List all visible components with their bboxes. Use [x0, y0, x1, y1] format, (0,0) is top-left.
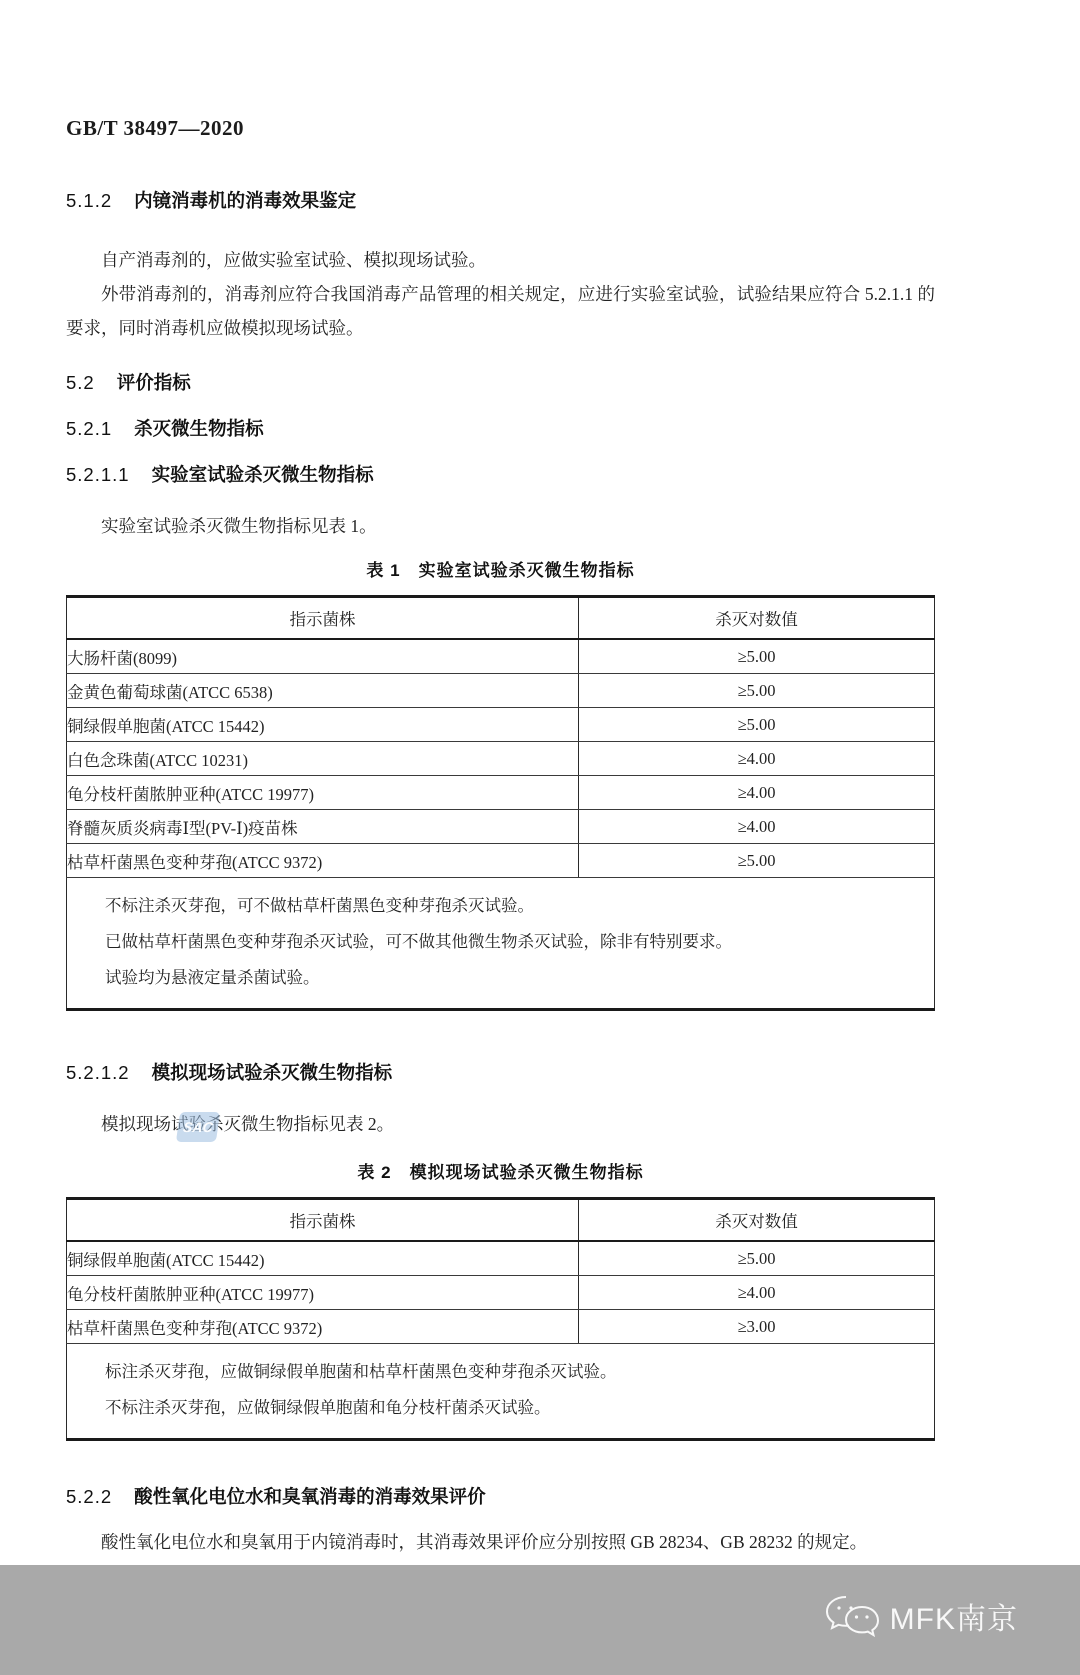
brand-watermark-text: MFK南京 — [890, 1594, 1018, 1638]
table-row: 枯草杆菌黑色变种芽孢(ATCC 9372)≥3.00 — [67, 1310, 935, 1344]
table-row: 白色念珠菌(ATCC 10231)≥4.00 — [67, 742, 935, 776]
logvalue-cell: ≥4.00 — [579, 1276, 935, 1310]
section-heading-5-2-1: 5.2.1杀灭微生物指标 — [66, 417, 935, 441]
strain-cell: 白色念珠菌(ATCC 10231) — [67, 742, 579, 776]
table1-body: 大肠杆菌(8099)≥5.00金黄色葡萄球菌(ATCC 6538)≥5.00铜绿… — [67, 639, 935, 878]
table-header-row: 指示菌株 杀灭对数值 — [67, 1199, 935, 1242]
column-header-strain: 指示菌株 — [67, 1199, 579, 1242]
strain-cell: 龟分枝杆菌脓肿亚种(ATCC 19977) — [67, 1276, 579, 1310]
clause-number: 5.2.1 — [66, 418, 112, 439]
table2: 指示菌株 杀灭对数值 铜绿假单胞菌(ATCC 15442)≥5.00龟分枝杆菌脓… — [66, 1197, 935, 1441]
clause-title: 实验室试验杀灭微生物指标 — [152, 464, 374, 485]
sac-watermark: SAC — [176, 1112, 220, 1142]
clause-number: 5.2.1.2 — [66, 1062, 130, 1083]
column-header-logvalue: 杀灭对数值 — [579, 1199, 935, 1242]
table-row: 脊髓灰质炎病毒Ⅰ型(PV-Ⅰ)疫苗株≥4.00 — [67, 810, 935, 844]
strain-cell: 铜绿假单胞菌(ATCC 15442) — [67, 1241, 579, 1276]
section-heading-5-2: 5.2评价指标 — [66, 371, 935, 395]
clause-title: 模拟现场试验杀灭微生物指标 — [152, 1062, 393, 1083]
bottom-gray-band: MFK南京 — [0, 1565, 1080, 1675]
table-row: 金黄色葡萄球菌(ATCC 6538)≥5.00 — [67, 674, 935, 708]
table-note-line: 已做枯草杆菌黑色变种芽孢杀灭试验，可不做其他微生物杀灭试验，除非有特别要求。 — [105, 924, 934, 960]
strain-cell: 枯草杆菌黑色变种芽孢(ATCC 9372) — [67, 1310, 579, 1344]
logvalue-cell: ≥4.00 — [579, 810, 935, 844]
clause-title: 内镜消毒机的消毒效果鉴定 — [134, 190, 356, 211]
section-heading-5-2-1-2: 5.2.1.2模拟现场试验杀灭微生物指标 — [66, 1061, 935, 1085]
table-notes-row: 不标注杀灭芽孢，可不做枯草杆菌黑色变种芽孢杀灭试验。已做枯草杆菌黑色变种芽孢杀灭… — [67, 878, 935, 1010]
logvalue-cell: ≥5.00 — [579, 674, 935, 708]
table-notes-cell: 不标注杀灭芽孢，可不做枯草杆菌黑色变种芽孢杀灭试验。已做枯草杆菌黑色变种芽孢杀灭… — [67, 878, 935, 1010]
clause-title: 杀灭微生物指标 — [134, 418, 264, 439]
table-row: 龟分枝杆菌脓肿亚种(ATCC 19977)≥4.00 — [67, 1276, 935, 1310]
table-note-line: 标注杀灭芽孢，应做铜绿假单胞菌和枯草杆菌黑色变种芽孢杀灭试验。 — [105, 1354, 934, 1390]
logvalue-cell: ≥5.00 — [579, 844, 935, 878]
strain-cell: 脊髓灰质炎病毒Ⅰ型(PV-Ⅰ)疫苗株 — [67, 810, 579, 844]
strain-cell: 金黄色葡萄球菌(ATCC 6538) — [67, 674, 579, 708]
paragraph: 自产消毒剂的，应做实验室试验、模拟现场试验。 — [66, 243, 935, 277]
strain-cell: 龟分枝杆菌脓肿亚种(ATCC 19977) — [67, 776, 579, 810]
table-note-line: 不标注杀灭芽孢，可不做枯草杆菌黑色变种芽孢杀灭试验。 — [105, 888, 934, 924]
table1: 指示菌株 杀灭对数值 大肠杆菌(8099)≥5.00金黄色葡萄球菌(ATCC 6… — [66, 595, 935, 1011]
table-row: 铜绿假单胞菌(ATCC 15442)≥5.00 — [67, 708, 935, 742]
table1-notes: 不标注杀灭芽孢，可不做枯草杆菌黑色变种芽孢杀灭试验。已做枯草杆菌黑色变种芽孢杀灭… — [67, 878, 935, 1010]
wechat-logo-icon — [824, 1593, 880, 1639]
clause-number: 5.2.2 — [66, 1486, 112, 1507]
table-header-row: 指示菌株 杀灭对数值 — [67, 597, 935, 640]
logvalue-cell: ≥4.00 — [579, 776, 935, 810]
strain-cell: 铜绿假单胞菌(ATCC 15442) — [67, 708, 579, 742]
table1-header: 指示菌株 杀灭对数值 — [67, 597, 935, 640]
logvalue-cell: ≥5.00 — [579, 1241, 935, 1276]
paragraph: 外带消毒剂的，消毒剂应符合我国消毒产品管理的相关规定，应进行实验室试验，试验结果… — [66, 277, 935, 345]
logvalue-cell: ≥3.00 — [579, 1310, 935, 1344]
document-page: GB/T 38497—2020 5.1.2内镜消毒机的消毒效果鉴定 自产消毒剂的… — [0, 0, 1080, 1591]
section-heading-5-2-2: 5.2.2酸性氧化电位水和臭氧消毒的消毒效果评价 — [66, 1485, 935, 1509]
table1-caption: 表 1 实验室试验杀灭微生物指标 — [66, 559, 935, 583]
logvalue-cell: ≥4.00 — [579, 742, 935, 776]
table2-header: 指示菌株 杀灭对数值 — [67, 1199, 935, 1242]
strain-cell: 枯草杆菌黑色变种芽孢(ATCC 9372) — [67, 844, 579, 878]
logvalue-cell: ≥5.00 — [579, 708, 935, 742]
column-header-strain: 指示菌株 — [67, 597, 579, 640]
table-row: 龟分枝杆菌脓肿亚种(ATCC 19977)≥4.00 — [67, 776, 935, 810]
table-notes-row: 标注杀灭芽孢，应做铜绿假单胞菌和枯草杆菌黑色变种芽孢杀灭试验。不标注杀灭芽孢，应… — [67, 1344, 935, 1440]
table-row: 铜绿假单胞菌(ATCC 15442)≥5.00 — [67, 1241, 935, 1276]
column-header-logvalue: 杀灭对数值 — [579, 597, 935, 640]
clause-title: 酸性氧化电位水和臭氧消毒的消毒效果评价 — [134, 1486, 486, 1507]
logvalue-cell: ≥5.00 — [579, 639, 935, 674]
clause-number: 5.1.2 — [66, 190, 112, 211]
section-heading-5-1-2: 5.1.2内镜消毒机的消毒效果鉴定 — [66, 189, 935, 213]
paragraph: 酸性氧化电位水和臭氧用于内镜消毒时，其消毒效果评价应分别按照 GB 28234、… — [66, 1525, 935, 1559]
table-note-line: 不标注杀灭芽孢，应做铜绿假单胞菌和龟分枝杆菌杀灭试验。 — [105, 1390, 934, 1426]
table2-notes: 标注杀灭芽孢，应做铜绿假单胞菌和枯草杆菌黑色变种芽孢杀灭试验。不标注杀灭芽孢，应… — [67, 1344, 935, 1440]
section-heading-5-2-1-1: 5.2.1.1实验室试验杀灭微生物指标 — [66, 463, 935, 487]
table-notes-cell: 标注杀灭芽孢，应做铜绿假单胞菌和枯草杆菌黑色变种芽孢杀灭试验。不标注杀灭芽孢，应… — [67, 1344, 935, 1440]
clause-title: 评价指标 — [117, 372, 191, 393]
table-note-line: 试验均为悬液定量杀菌试验。 — [105, 960, 934, 996]
clause-number: 5.2 — [66, 372, 95, 393]
clause-number: 5.2.1.1 — [66, 464, 130, 485]
strain-cell: 大肠杆菌(8099) — [67, 639, 579, 674]
table-row: 枯草杆菌黑色变种芽孢(ATCC 9372)≥5.00 — [67, 844, 935, 878]
standard-number: GB/T 38497—2020 — [66, 116, 935, 141]
brand-watermark: MFK南京 — [824, 1593, 1018, 1639]
paragraph: 实验室试验杀灭微生物指标见表 1。 — [66, 509, 935, 543]
table2-caption: 表 2 模拟现场试验杀灭微生物指标 — [66, 1161, 935, 1185]
table2-body: 铜绿假单胞菌(ATCC 15442)≥5.00龟分枝杆菌脓肿亚种(ATCC 19… — [67, 1241, 935, 1344]
table-row: 大肠杆菌(8099)≥5.00 — [67, 639, 935, 674]
